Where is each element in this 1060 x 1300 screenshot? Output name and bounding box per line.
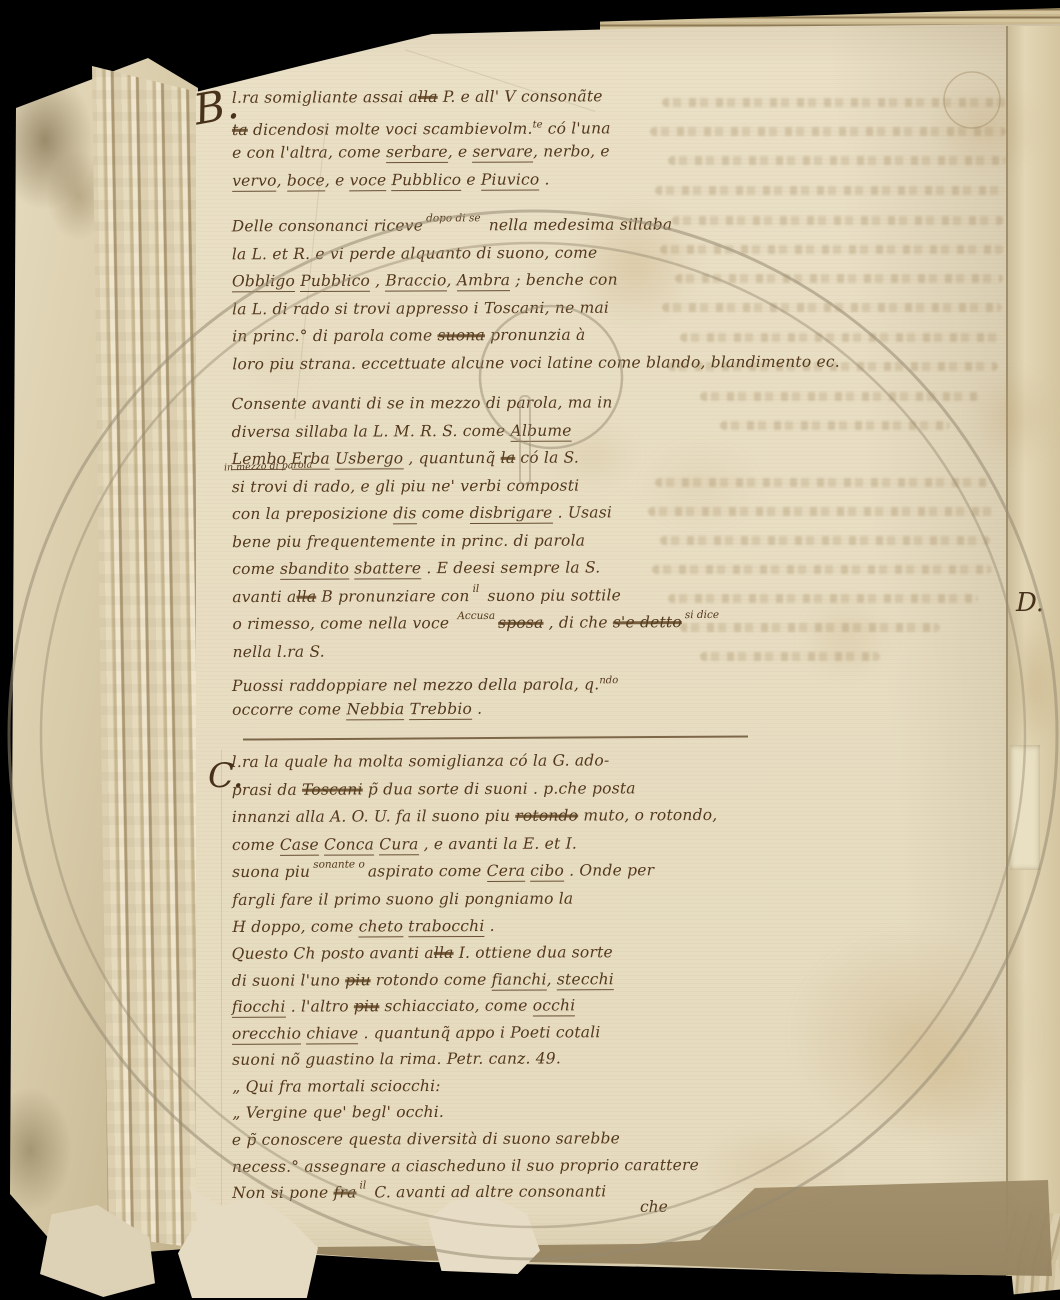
margin-letter-d-next-page: D. [1016,588,1044,618]
manuscript-text-line: come Case Conca Cura , e avanti la E. et… [232,829,718,859]
manuscript-text-line: fiocchi . l'altro piu schiacciato, come … [232,992,614,1020]
manuscript-text-line: necess.° assegnare a ciascheduno il suo … [232,1151,699,1180]
manuscript-text-line: Consente avanti di se in mezzo di parola… [231,389,721,419]
manuscript-text-line: ta dicendosi molte voci scambievolm.te c… [232,111,611,140]
stain [970,370,1055,465]
manuscript-text-line: Obbligo Pubblico , Braccio, Ambra ; benc… [232,266,840,296]
bleed-through-text-line [662,98,1007,107]
manuscript-text-line: fargli fare il primo suono gli pongniamo… [232,884,718,914]
manuscript-text-line: occorre come Nebbia Trebbio . [232,695,618,724]
paragraph-b-consente: Consente avanti di se in mezzo di parola… [231,389,722,666]
bleed-through-text-line [650,127,1006,136]
bleed-through-text-line [700,392,980,401]
manuscript-text-line: la L. et R. e vi perde alquanto di suono… [232,238,840,268]
stain [700,1125,850,1210]
paragraph-b-intro: l.ra somigliante assai alla P. e all' V … [232,83,611,195]
manuscript-text-line: prasi da Toscani p̃ dua sorte di suoni .… [232,774,718,804]
stain [860,1000,1020,1140]
manuscript-text-line: diversa sillaba la L. M. R. S. come Albu… [232,416,722,446]
manuscript-text-line: H doppo, come cheto trabocchi . [232,912,718,942]
manuscript-text-line: suona piusonante oaspirato come Cera cib… [232,857,718,887]
manuscript-text-line: Non si pone frail C. avanti ad altre con… [232,1178,699,1207]
manuscript-text-line: con la preposizione dis come disbrigare … [232,499,722,529]
manuscript-text-line: Questo Ch posto avanti alla I. ottiene d… [232,939,614,967]
manuscript-text-line: loro piu strana. eccettuate alcune voci … [232,348,840,378]
manuscript-text-line: l.ra somigliante assai alla P. e all' V … [232,83,611,112]
repair-patch [1010,745,1040,870]
manuscript-text-line: bene piu frequentemente in princ. di par… [232,526,722,556]
crease-line [221,750,222,1230]
bleed-through-text-line [655,186,1005,195]
catchword: che [640,1198,668,1216]
manuscript-text-line: si trovi di rado, e gli piu ne' verbi co… [232,471,722,501]
manuscript-text-line: e con l'altra, come serbare, e servare, … [232,138,611,167]
bleed-through-text-line [668,156,1006,165]
stain [1008,620,1058,750]
manuscript-text-line: di suoni l'uno piu rotondo come fianchi,… [232,966,614,994]
manuscript-text-line: suoni nõ guastino la rima. Petr. canz. 4… [232,1045,614,1073]
manuscript-text-line: „ Vergine que' begl' occhi. [232,1098,614,1126]
page-edges-stack [92,50,198,1265]
paragraph-c-questo-ch: Questo Ch posto avanti alla I. ottiene d… [232,939,615,1126]
manuscript-text-line: in princ.° di parola come suona pronunzi… [232,321,840,351]
paragraph-c-conclusione: e p̃ conoscere questa diversità di suono… [232,1125,699,1207]
manuscript-scan: B. C. D. in mezzo di parola l.ra somigli… [0,0,1060,1300]
manuscript-text-line: l.ra la quale ha molta somiglianza có la… [232,747,718,777]
stain [800,595,895,680]
manuscript-text-line: o rimesso, come nella voce Accusasposa ,… [232,609,722,639]
manuscript-text-line: e p̃ conoscere questa diversità di suono… [232,1125,699,1154]
paragraph-c-intro: l.ra la quale ha molta somiglianza có la… [232,747,718,942]
manuscript-text-line: Lembo Erba Usbergo , quantunq̃ la có la … [232,444,722,474]
manuscript-text-line: Delle consonanci ricevedopo di se nella … [232,211,840,241]
paragraph-b-consonanti: Delle consonanci ricevedopo di se nella … [232,211,840,379]
bleed-through-text-line [700,652,880,661]
manuscript-text-line: „ Qui fra mortali sciocchi: [232,1072,614,1100]
manuscript-text-line: Puossi raddoppiare nel mezzo della parol… [232,667,618,696]
bleed-through-text-line [720,421,950,430]
paragraph-b-raddoppiare: Puossi raddoppiare nel mezzo della parol… [232,667,619,724]
manuscript-text-line: nella l.ra S. [232,636,722,666]
manuscript-text-line: orecchio chiave . quantunq̃ appo i Poeti… [232,1019,614,1047]
manuscript-text-line: la L. di rado si trovi appresso i Toscan… [232,293,840,323]
manuscript-text-line: innanzi alla A. O. U. fa il suono piu ro… [232,802,718,832]
manuscript-text-line: vervo, boce, e voce Pubblico e Piuvico . [232,166,611,195]
